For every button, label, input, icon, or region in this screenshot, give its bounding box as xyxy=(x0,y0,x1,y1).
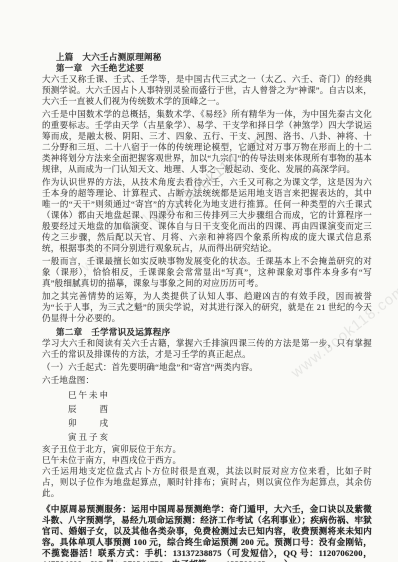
earth-plate-row: 寅丑子亥 xyxy=(68,430,372,444)
direction-note: 巳午未位于南方，申酉戌位于西方。 xyxy=(42,455,372,466)
earth-plate-diagram: 巳午未申 辰 酉 卯 戌 寅丑子亥 xyxy=(42,388,372,444)
document-page: www.book118.com www.book118.com www.book… xyxy=(0,0,398,562)
chapter2-title: 第二章 壬学常识及运算程序 xyxy=(42,327,372,338)
paragraph: 作为认识世界的方法，从技术角度去看待六壬，六壬又可称之为课文学，这是因为六壬本身… xyxy=(42,177,372,254)
earth-plate-row: 巳午未申 xyxy=(68,388,372,402)
prediction-service-ad: 《中原周易预测服务：运用中国周易预测绝学：奇门遁甲，大六壬，金口诀以及紫微斗数、… xyxy=(42,504,372,562)
earth-plate-row: 辰 酉 xyxy=(68,402,372,416)
paragraph: 一般而言，壬课最擅长如实反映事物发展变化的状态。壬课基本上不会掩盖研究的对象（课… xyxy=(42,256,372,289)
paragraph: 加之其完善情势的运筹，为人类提供了认知人事、趋避凶吉的有效手段，因而被誉为“长于… xyxy=(42,291,372,324)
paragraph: 六壬运用地支定位盘式占卜方位时很是直观，其法以时辰对应方位来看，比如子时占，则以… xyxy=(42,466,372,499)
part-title: 上篇 大六壬占测原理阐秘 xyxy=(42,52,372,63)
paragraph: 六壬是中国数术学的总概括，集数术学、《易经》所有精华为一体，为中国先秦古文化的重… xyxy=(42,109,372,175)
diagram-label: 六壬地盘图： xyxy=(42,375,372,386)
earth-plate-row: 卯 戌 xyxy=(68,416,372,430)
paragraph: 大六壬又称壬课、壬式、壬学等，是中国古代三式之一（太乙、六壬、奇门）的经典预测学… xyxy=(42,74,372,107)
list-item: （一）六壬起式：首先要明确“地盘”和“寄宫”两类内容。 xyxy=(42,362,372,373)
direction-note: 亥子丑位于北方，寅卯辰位于东方。 xyxy=(42,444,372,455)
paragraph: 学习大六壬和阅读有关六壬古籍，掌握六壬排演四课三传的方法是第一步，只有掌握六壬的… xyxy=(42,338,372,360)
chapter1-title: 第一章 六壬绝艺述要 xyxy=(42,63,372,74)
